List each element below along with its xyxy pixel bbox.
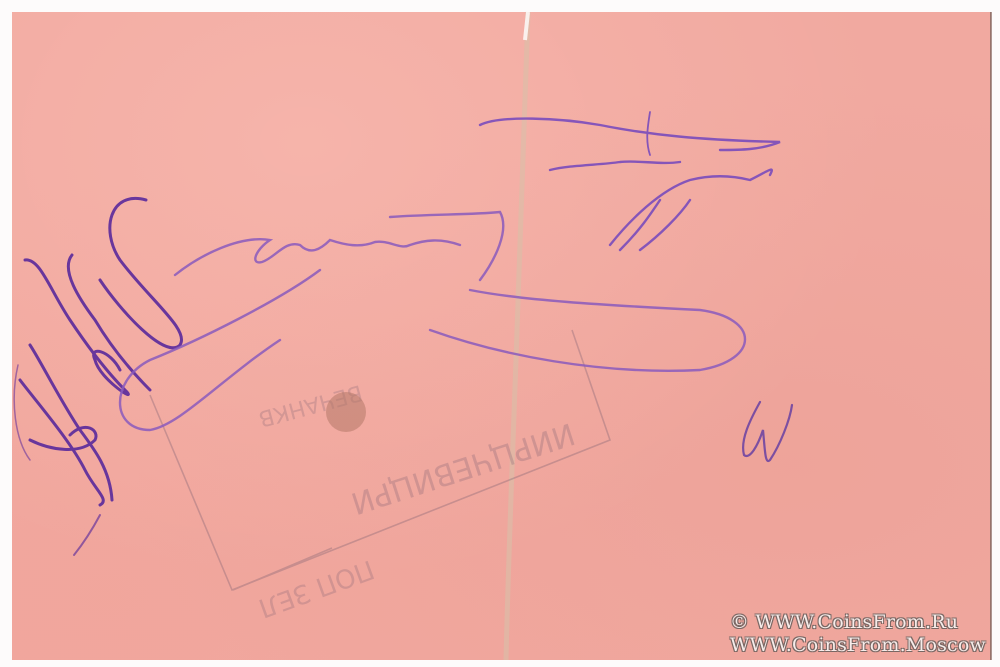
stamp-text-line-1: ИИРЦЧЕВИЦРИ (347, 415, 579, 520)
watermark-line-2: WWW.CoinsFrom.Moscow (730, 634, 986, 657)
left-vertical-signature (14, 198, 181, 555)
fold-crease (506, 12, 528, 660)
small-initials (743, 402, 792, 461)
stamp-text-line-2: ПОП ЗЕЛ (254, 553, 377, 622)
watermark-line-1: © WWW.CoinsFrom.Ru (730, 611, 986, 634)
stamp: ИИРЦЧЕВИЦРИ ПОП ЗЕЛ ВЕЧАНКВ (150, 330, 610, 623)
ink-layer: ИИРЦЧЕВИЦРИ ПОП ЗЕЛ ВЕЧАНКВ (0, 0, 1000, 667)
stain (326, 392, 366, 432)
center-signature (120, 212, 745, 430)
watermark: © WWW.CoinsFrom.Ru WWW.CoinsFrom.Moscow (730, 611, 986, 657)
